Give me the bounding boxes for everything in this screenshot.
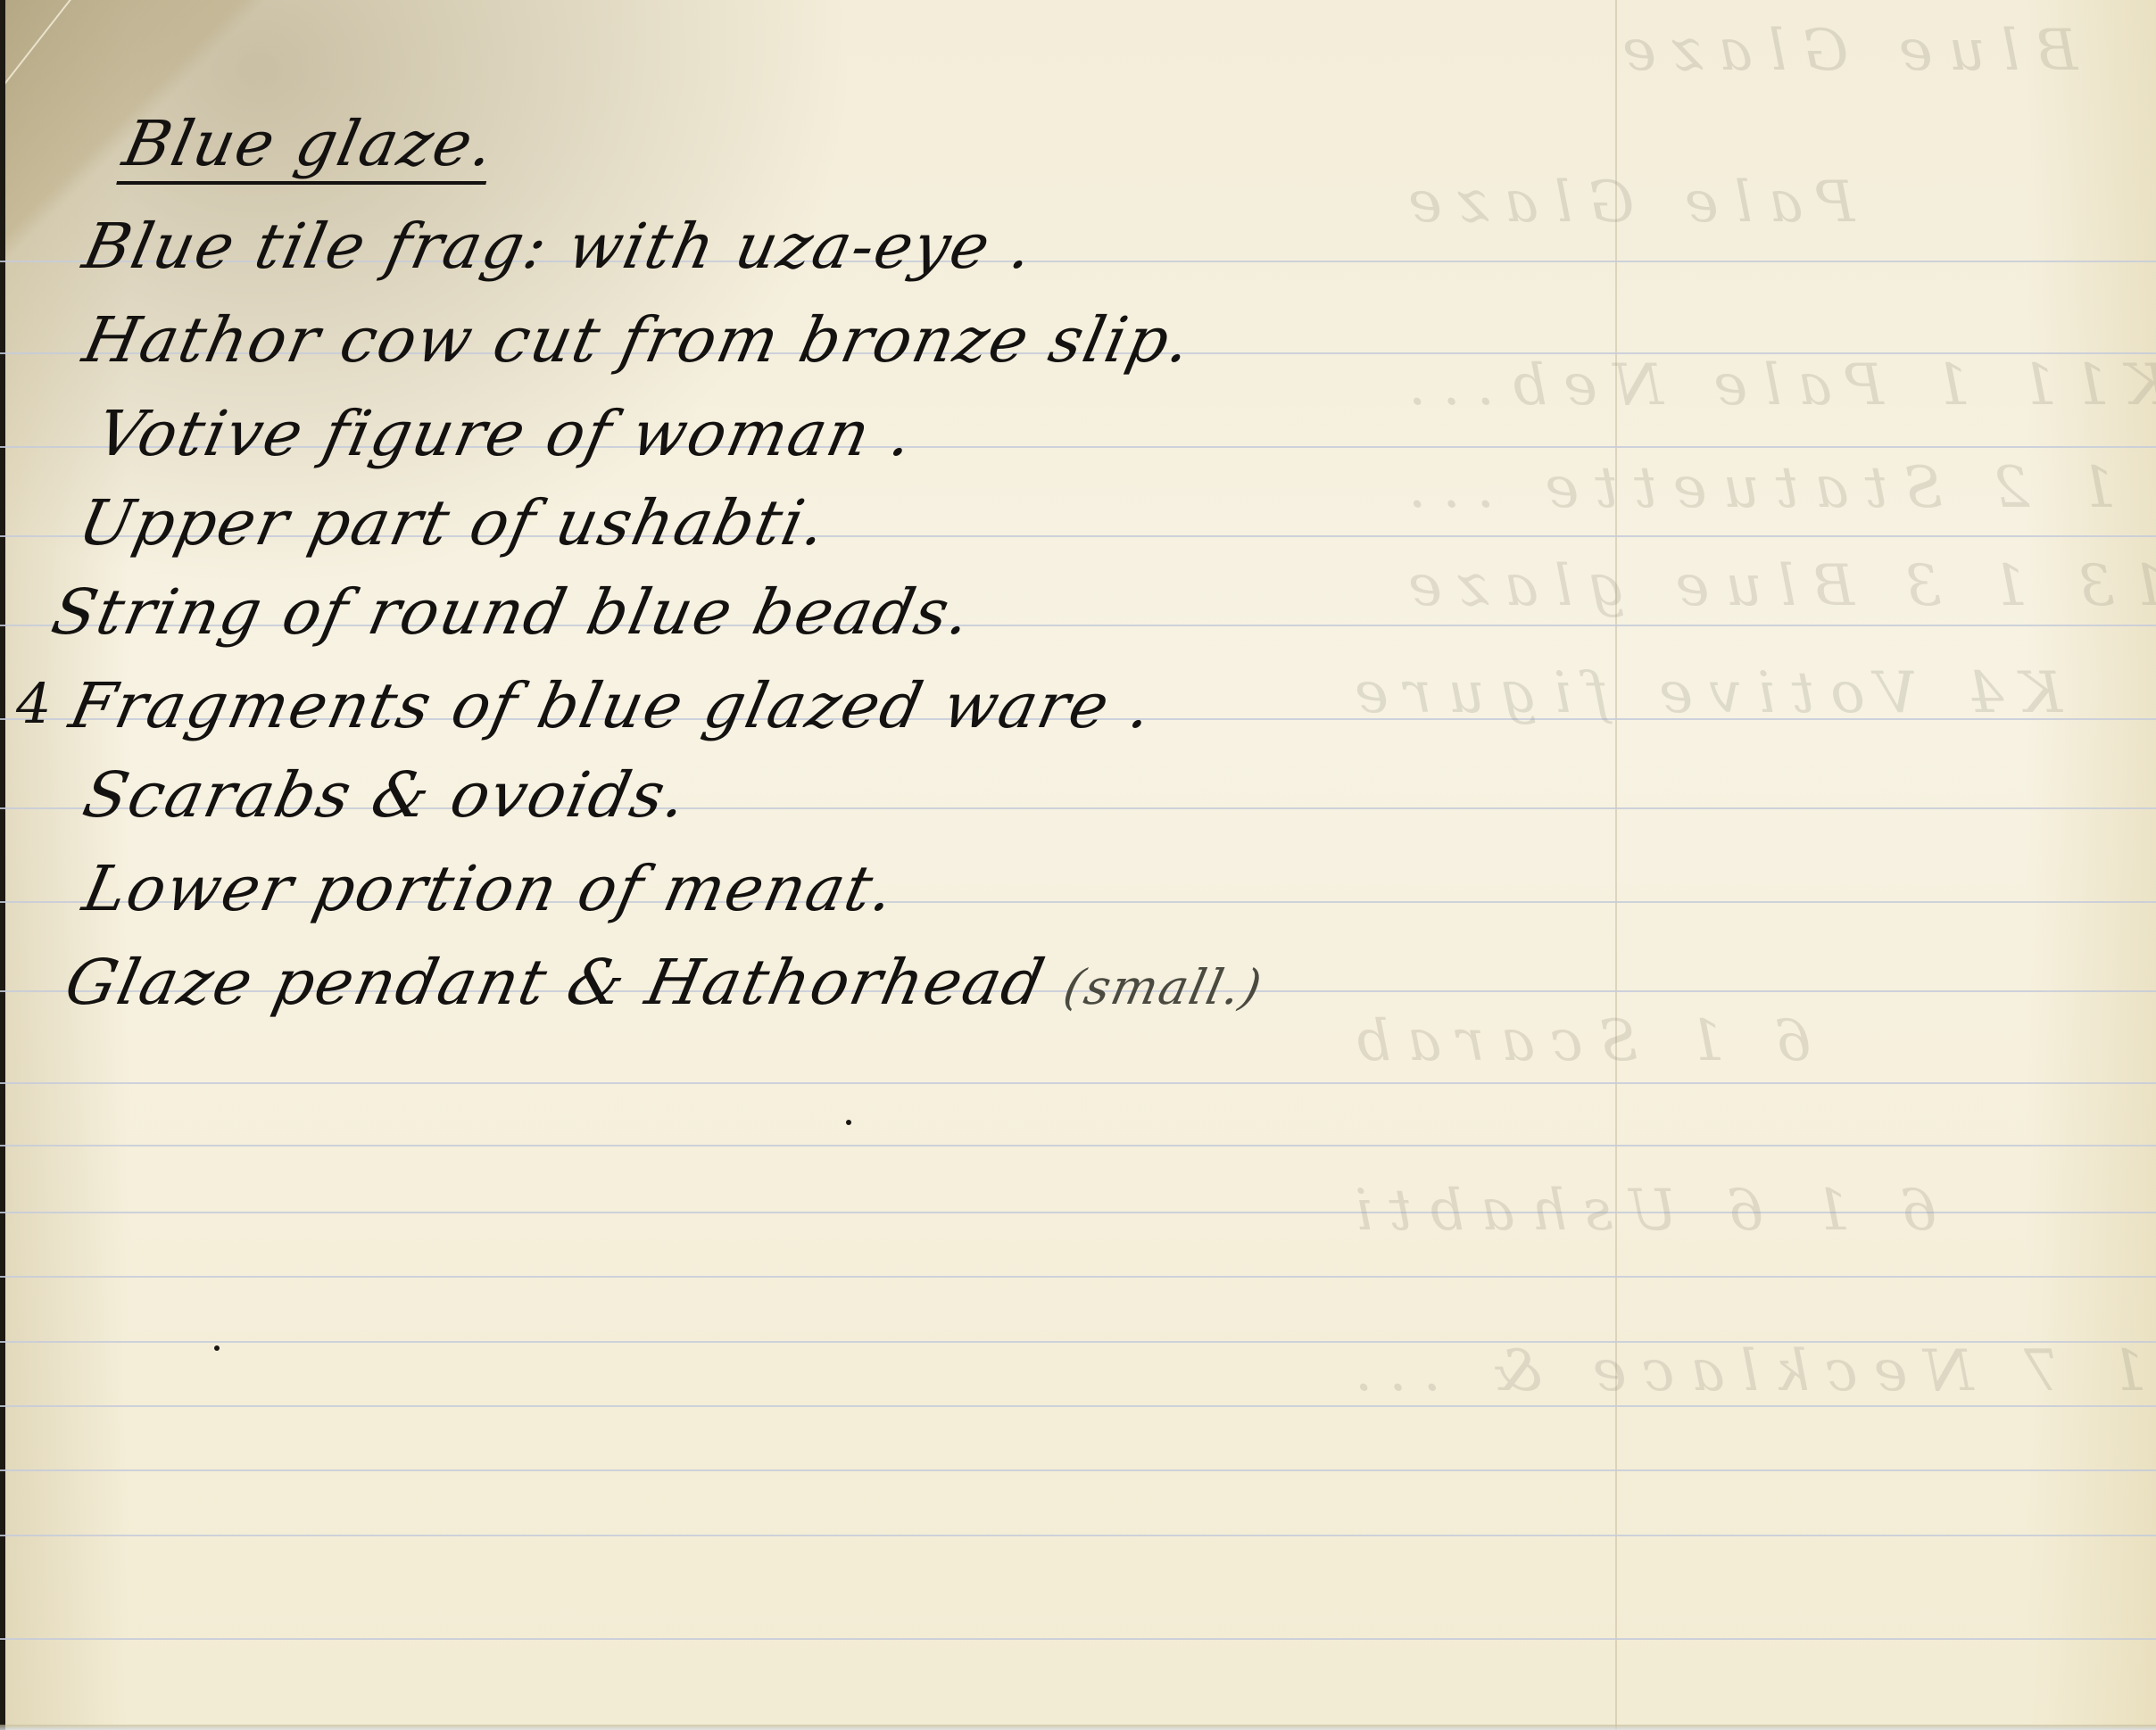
ruled-line bbox=[0, 1082, 2156, 1084]
list-item-note: (small.) bbox=[1059, 959, 1268, 1015]
list-item: String of round blue beads. bbox=[46, 575, 979, 649]
list-item: Fragments of blue glazed ware . bbox=[63, 669, 1160, 742]
show-through-text: K11 1 Pale Neb... bbox=[1392, 352, 2156, 418]
list-item: Scarabs & ovoids. bbox=[77, 758, 694, 832]
ruled-line bbox=[0, 1469, 2156, 1471]
ink-speck bbox=[846, 1120, 851, 1125]
list-item: Glaze pendant & Hathorhead (small.) bbox=[59, 946, 1271, 1019]
list-item: Blue tile frag: with uza-eye . bbox=[77, 210, 1041, 283]
paper-sheet: Blue Glaze Pale Glaze K11 1 Pale Neb... … bbox=[0, 0, 2156, 1730]
show-through-text: B 1 7 Necklace & ... bbox=[1339, 1338, 2156, 1404]
ruled-line bbox=[0, 1145, 2156, 1146]
margin-quantity-mark: 4 bbox=[16, 671, 51, 736]
ruled-line bbox=[0, 1638, 2156, 1640]
show-through-text: 6 1 6 Ushabti bbox=[1339, 1178, 1937, 1244]
list-item: Lower portion of menat. bbox=[77, 852, 902, 925]
show-through-text: K13 1 3 Blue glaze bbox=[1392, 553, 2156, 619]
bottom-edge bbox=[0, 1725, 2156, 1730]
list-item: Upper part of ushabti. bbox=[72, 486, 833, 559]
show-through-text: Blue Glaze bbox=[1606, 18, 2077, 84]
ruled-line bbox=[0, 1276, 2156, 1278]
ruled-line bbox=[0, 1535, 2156, 1536]
show-through-text: K4 Votive figure bbox=[1339, 660, 2062, 726]
ink-speck bbox=[214, 1345, 220, 1351]
show-through-text: K3 1 2 Statuette ... bbox=[1392, 455, 2156, 521]
list-item: Votive figure of woman . bbox=[90, 397, 921, 470]
list-item-text: Glaze pendant & Hathorhead bbox=[59, 946, 1052, 1019]
list-item-text: Blue tile frag: with uza-eye bbox=[77, 210, 998, 283]
list-heading: Blue glaze. bbox=[117, 107, 502, 180]
list-item: Hathor cow cut from bronze slip. bbox=[77, 303, 1198, 377]
show-through-text: Pale Glaze bbox=[1392, 170, 1854, 236]
show-through-text: 6 1 Scarab bbox=[1339, 1008, 1812, 1074]
ruled-line bbox=[0, 1405, 2156, 1407]
